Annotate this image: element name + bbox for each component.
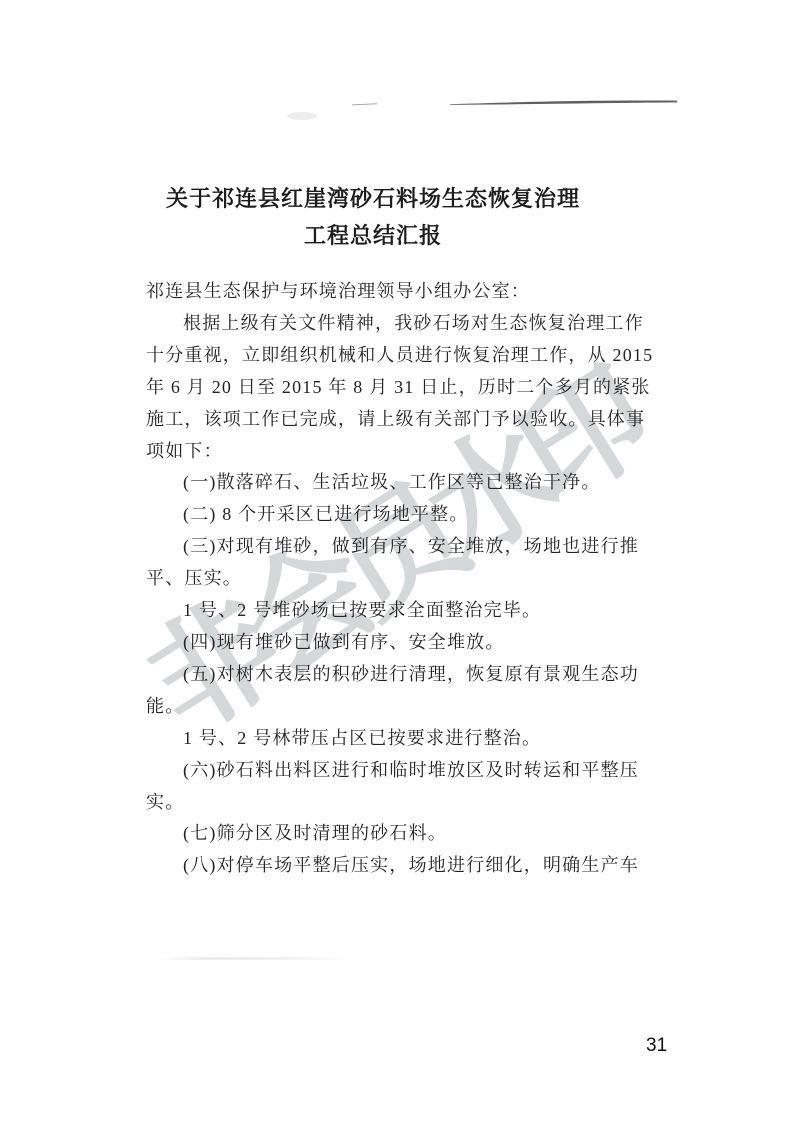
body-line: 1 号、2 号林带压占区已按要求进行整治。	[146, 723, 651, 755]
body-line: 1 号、2 号堆砂场已按要求全面整治完毕。	[146, 595, 651, 627]
document-page: 非会员水印 关于祁连县红崖湾砂石料场生态恢复治理 工程总结汇报 祁连县生态保护与…	[0, 0, 793, 1122]
body-line: (五)对树木表层的积砂进行清理，恢复原有景观生态功	[146, 659, 651, 691]
body-line: 祁连县生态保护与环境治理领导小组办公室：	[146, 276, 651, 308]
body-line: (一)散落碎石、生活垃圾、工作区等已整治干净。	[146, 467, 651, 499]
body-line: 十分重视，立即组织机械和人员进行恢复治理工作，从 2015	[146, 340, 651, 372]
body-line: 根据上级有关文件精神，我砂石场对生态恢复治理工作	[146, 308, 651, 340]
body-line: (七)筛分区及时清理的砂石料。	[146, 818, 651, 850]
body-line: (二) 8 个开采区已进行场地平整。	[146, 499, 651, 531]
body-line: 平、压实。	[146, 563, 651, 595]
body-line: 施工，该项工作已完成，请上级有关部门予以验收。具体事	[146, 404, 651, 436]
body-line: (八)对停车场平整后压实，场地进行细化，明确生产车	[146, 850, 651, 882]
body-line: (三)对现有堆砂，做到有序、安全堆放，场地也进行推	[146, 531, 651, 563]
body-line: 年 6 月 20 日至 2015 年 8 月 31 日止，历时二个多月的紧张	[146, 372, 651, 404]
document-title-line-1: 关于祁连县红崖湾砂石料场生态恢复治理	[118, 180, 628, 217]
body-line: 项如下：	[146, 436, 651, 468]
body-line: 能。	[146, 691, 651, 723]
document-title: 关于祁连县红崖湾砂石料场生态恢复治理 工程总结汇报	[118, 180, 628, 254]
body-line: 实。	[146, 787, 651, 819]
document-title-line-2: 工程总结汇报	[118, 217, 628, 254]
scan-smudge	[155, 957, 350, 960]
body-line: (六)砂石料出料区进行和临时堆放区及时转运和平整压	[146, 755, 651, 787]
document-body: 祁连县生态保护与环境治理领导小组办公室： 根据上级有关文件精神，我砂石场对生态恢…	[146, 276, 651, 882]
page-number: 31	[646, 1035, 667, 1057]
scan-artifact-line	[285, 93, 695, 135]
body-line: (四)现有堆砂已做到有序、安全堆放。	[146, 627, 651, 659]
